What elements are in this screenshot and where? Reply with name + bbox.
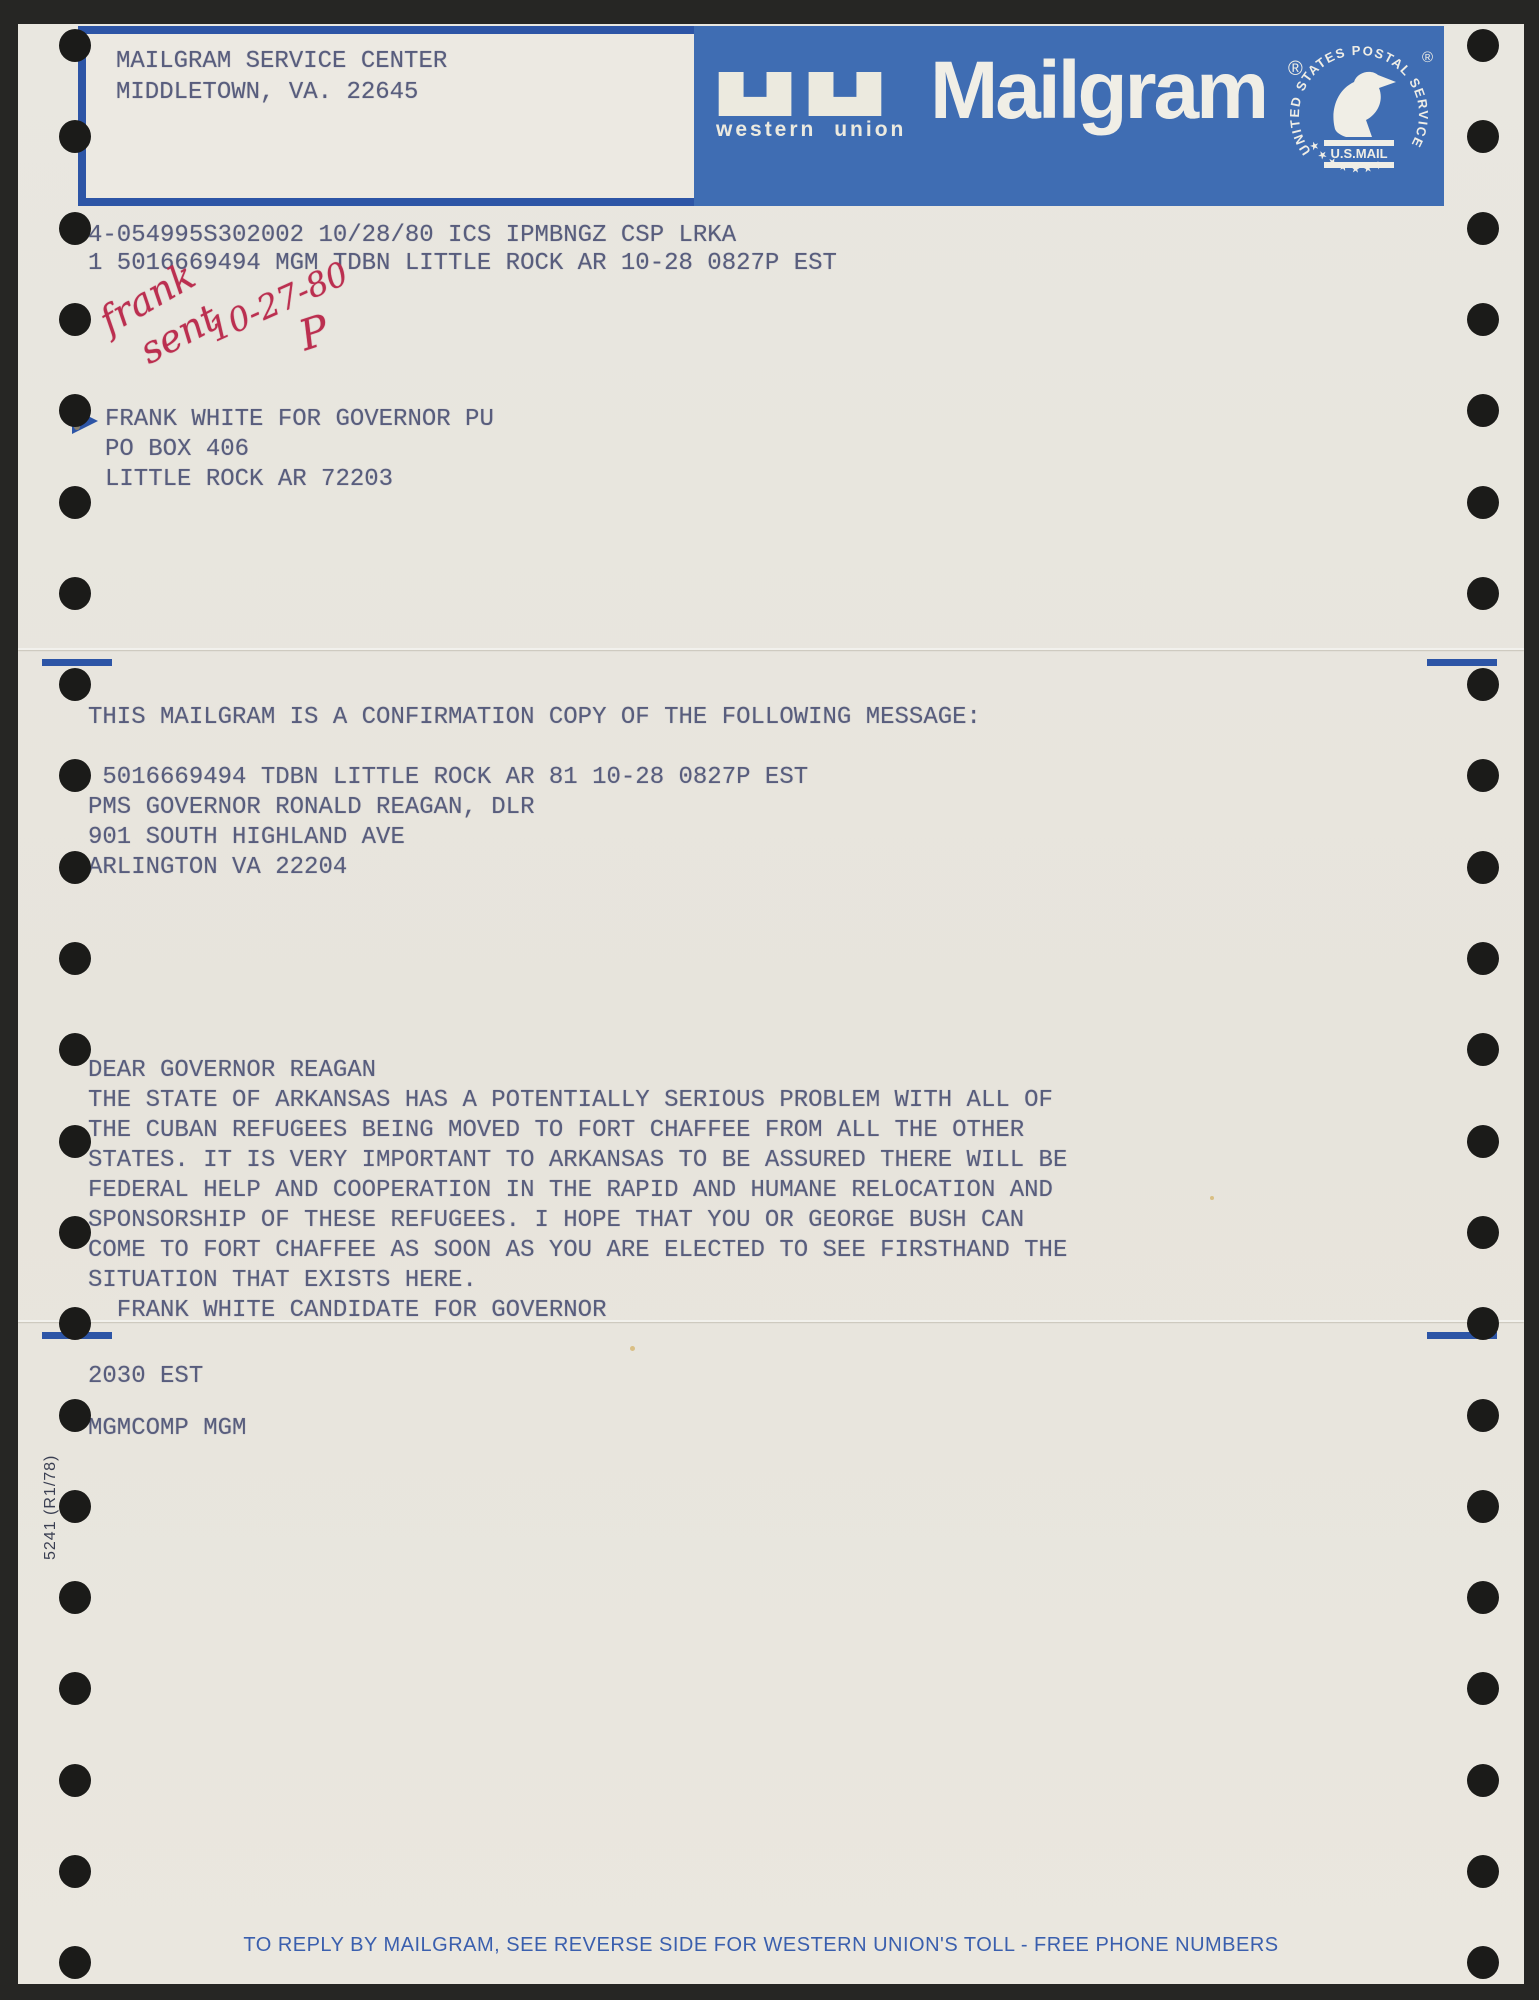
punch-hole <box>1467 486 1499 519</box>
paper: MAILGRAM SERVICE CENTER MIDDLETOWN, VA. … <box>18 24 1524 1984</box>
message-line-1: DEAR GOVERNOR REAGAN <box>88 1057 376 1084</box>
punch-hole <box>59 1581 91 1614</box>
punch-hole <box>1467 1307 1499 1340</box>
punch-hole <box>59 851 91 884</box>
service-center-line2: MIDDLETOWN, VA. 22645 <box>116 79 418 106</box>
punch-hole <box>59 1672 91 1705</box>
punch-hole <box>59 1125 91 1158</box>
message-line-5: FEDERAL HELP AND COOPERATION IN THE RAPI… <box>88 1177 1053 1204</box>
confirmation-block: 5016669494 TDBN LITTLE ROCK AR 81 10-28 … <box>88 763 808 883</box>
message-line-4: STATES. IT IS VERY IMPORTANT TO ARKANSAS… <box>88 1147 1067 1174</box>
message-line-7: COME TO FORT CHAFFEE AS SOON AS YOU ARE … <box>88 1237 1067 1264</box>
punch-hole <box>59 303 91 336</box>
punch-hole <box>1467 1764 1499 1797</box>
transmission-line-1: 4-054995S302002 10/28/80 ICS IPMBNGZ CSP… <box>88 222 736 249</box>
punch-hole <box>1467 1125 1499 1158</box>
confirmation-addressee-1: PMS GOVERNOR RONALD REAGAN, DLR <box>88 794 534 821</box>
footer-reply-instructions: TO REPLY BY MAILGRAM, SEE REVERSE SIDE F… <box>78 1934 1444 1957</box>
punch-hole <box>59 1216 91 1249</box>
message-line-3: THE CUBAN REFUGEES BEING MOVED TO FORT C… <box>88 1117 1024 1144</box>
form-number: 5241 (R1/78) <box>42 1455 60 1560</box>
punch-hole <box>1467 1490 1499 1523</box>
punch-hole <box>59 120 91 153</box>
operator-code: MGMCOMP MGM <box>88 1414 246 1444</box>
western-union-wordmark: western union <box>716 118 906 142</box>
punch-hole <box>1467 1672 1499 1705</box>
punch-hole <box>1467 212 1499 245</box>
punch-hole <box>59 942 91 975</box>
punch-hole <box>59 668 91 701</box>
message-line-2: THE STATE OF ARKANSAS HAS A POTENTIALLY … <box>88 1087 1053 1114</box>
service-center-line1: MAILGRAM SERVICE CENTER <box>116 48 447 75</box>
punch-hole <box>1467 942 1499 975</box>
confirmation-addressee-2: 901 SOUTH HIGHLAND AVE <box>88 824 405 851</box>
punch-hole <box>1467 29 1499 62</box>
punch-hole <box>1467 577 1499 610</box>
mailgram-wordmark: Mailgram <box>930 44 1266 138</box>
recipient-address: FRANK WHITE FOR GOVERNOR PU PO BOX 406 L… <box>105 405 494 495</box>
punch-hole <box>59 1764 91 1797</box>
message-timestamp: 2030 EST <box>88 1362 203 1392</box>
punch-hole <box>59 29 91 62</box>
recipient-line-3: LITTLE ROCK AR 72203 <box>105 466 393 493</box>
western-union-logo-icon <box>718 72 882 121</box>
fold-mark-left-top <box>42 659 112 666</box>
punch-hole <box>1467 394 1499 427</box>
message-body: DEAR GOVERNOR REAGAN THE STATE OF ARKANS… <box>88 1056 1067 1326</box>
punch-hole <box>59 1033 91 1066</box>
recipient-line-2: PO BOX 406 <box>105 436 249 463</box>
punch-hole <box>59 1307 91 1340</box>
usps-seal-icon: UNITED STATES POSTAL SERVICE ® U.S.MAIL … <box>1274 30 1444 205</box>
punch-hole <box>59 486 91 519</box>
usps-registered-mark: ® <box>1422 49 1433 66</box>
paper-stain <box>630 1346 635 1351</box>
punch-hole <box>1467 1399 1499 1432</box>
punch-hole <box>59 577 91 610</box>
service-center-address: MAILGRAM SERVICE CENTER MIDDLETOWN, VA. … <box>116 46 447 108</box>
confirmation-routing-line: 5016669494 TDBN LITTLE ROCK AR 81 10-28 … <box>88 764 808 791</box>
punch-hole <box>1467 303 1499 336</box>
confirmation-intro: THIS MAILGRAM IS A CONFIRMATION COPY OF … <box>88 703 981 733</box>
usps-eagle-icon <box>1333 72 1396 137</box>
handwritten-initial: P <box>293 305 335 360</box>
fold-mark-right-top <box>1427 659 1497 666</box>
punch-hole <box>1467 851 1499 884</box>
service-center-address-box: MAILGRAM SERVICE CENTER MIDDLETOWN, VA. … <box>78 26 694 206</box>
punch-hole <box>1467 1855 1499 1888</box>
punch-hole <box>1467 120 1499 153</box>
transmission-line-2: 1 5016669494 MGM TDBN LITTLE ROCK AR 10-… <box>88 250 837 277</box>
fold-crease-top <box>18 648 1524 650</box>
punch-hole <box>1467 1216 1499 1249</box>
punch-hole <box>1467 1946 1499 1979</box>
punch-hole <box>1467 759 1499 792</box>
punch-hole <box>59 1855 91 1888</box>
punch-hole <box>1467 1581 1499 1614</box>
punch-hole <box>59 394 91 427</box>
mailgram-header-band: MAILGRAM SERVICE CENTER MIDDLETOWN, VA. … <box>78 26 1444 206</box>
punch-hole <box>59 1946 91 1979</box>
punch-hole <box>59 1399 91 1432</box>
punch-hole <box>1467 668 1499 701</box>
usps-mail-label: U.S.MAIL <box>1330 146 1387 161</box>
transmission-header: 4-054995S302002 10/28/80 ICS IPMBNGZ CSP… <box>88 222 837 278</box>
punch-hole <box>59 759 91 792</box>
paper-stain <box>1210 1196 1214 1200</box>
punch-hole <box>59 1490 91 1523</box>
scan-background: MAILGRAM SERVICE CENTER MIDDLETOWN, VA. … <box>0 0 1539 2000</box>
confirmation-addressee-3: ARLINGTON VA 22204 <box>88 854 347 881</box>
message-line-8: SITUATION THAT EXISTS HERE. <box>88 1267 477 1294</box>
recipient-line-1: FRANK WHITE FOR GOVERNOR PU <box>105 406 494 433</box>
punch-hole <box>1467 1033 1499 1066</box>
punch-hole <box>59 212 91 245</box>
fold-crease-bottom <box>18 1320 1524 1322</box>
message-line-6: SPONSORSHIP OF THESE REFUGEES. I HOPE TH… <box>88 1207 1024 1234</box>
